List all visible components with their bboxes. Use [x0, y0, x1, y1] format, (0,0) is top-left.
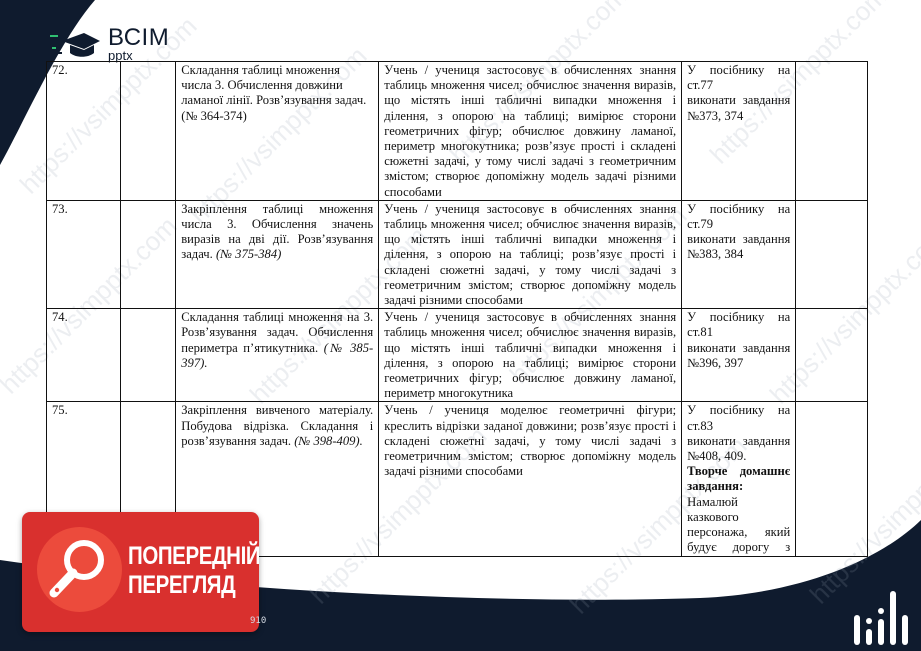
magnifier-circle [37, 527, 122, 612]
notes-cell [796, 402, 868, 556]
learning-outcomes: Учень / учениця застосовує в обчисленнях… [379, 200, 682, 308]
footer-page-code: 910 [250, 616, 266, 626]
homework-line: №408, 409. [687, 449, 790, 464]
learning-outcomes: Учень / учениця застосовує в обчисленнях… [379, 62, 682, 201]
homework-line: виконати завдання [687, 341, 790, 356]
homework-line: Намалюй [687, 495, 790, 510]
learning-outcomes: Учень / учениця моделює геометричні фігу… [379, 402, 682, 556]
lesson-topic: Складання таблиці множення числа 3. Обчи… [176, 62, 379, 201]
topic-ref: (№ 375-384) [216, 247, 281, 261]
table-row: 72. Складання таблиці множення числа 3. … [47, 62, 868, 201]
lesson-number: 74. [47, 309, 121, 402]
lesson-number: 72. [47, 62, 121, 201]
lesson-topic: Складання таблиці множення на 3. Розв’яз… [176, 309, 379, 402]
learning-outcomes: Учень / учениця застосовує в обчисленнях… [379, 309, 682, 402]
date-cell [120, 200, 176, 308]
homework-line: У посібнику на [687, 202, 790, 217]
homework-line: №396, 397 [687, 356, 790, 371]
table-row: 74. Складання таблиці множення на 3. Роз… [47, 309, 868, 402]
homework-line: У посібнику на [687, 403, 790, 418]
homework-line: У посібнику на [687, 310, 790, 325]
preview-badge[interactable]: ПОПЕРЕДНІЙ ПЕРЕГЛЯД [22, 512, 259, 632]
lesson-topic: Закріплення таблиці множення числа 3. Об… [176, 200, 379, 308]
homework-cell: У посібнику на ст.79 виконати завдання №… [682, 200, 796, 308]
homework-line: ст.77 [687, 78, 790, 93]
graduation-cap-icon [48, 31, 102, 57]
homework-cell: У посібнику на ст.83 виконати завдання №… [682, 402, 796, 556]
notes-cell [796, 62, 868, 201]
date-cell [120, 62, 176, 201]
homework-cell: У посібнику на ст.77 виконати завдання №… [682, 62, 796, 201]
preview-line-1: ПОПЕРЕДНІЙ [128, 542, 259, 571]
homework-cell: У посібнику на ст.81 виконати завдання №… [682, 309, 796, 402]
lesson-number: 73. [47, 200, 121, 308]
creative-homework-label: Творче домашнє завдання: [687, 464, 790, 494]
preview-label: ПОПЕРЕДНІЙ ПЕРЕГЛЯД [128, 542, 259, 600]
homework-line: виконати завдання [687, 434, 790, 449]
homework-line: ст.83 [687, 419, 790, 434]
homework-line: виконати завдання [687, 232, 790, 247]
notes-cell [796, 309, 868, 402]
brand-name: ВСІМ [108, 26, 169, 50]
homework-line: ст.81 [687, 325, 790, 340]
homework-line: виконати завдання [687, 93, 790, 108]
magnifier-icon [37, 527, 122, 612]
notes-cell [796, 200, 868, 308]
homework-line: персонажа, який [687, 525, 790, 540]
preview-line-2: ПЕРЕГЛЯД [128, 571, 259, 600]
homework-line: ст.79 [687, 217, 790, 232]
table-row: 73. Закріплення таблиці множення числа 3… [47, 200, 868, 308]
topic-ref: (№ 398-409). [294, 434, 363, 448]
date-cell [120, 309, 176, 402]
homework-line: будує дорогу з [687, 540, 790, 555]
lesson-plan-table: 72. Складання таблиці множення числа 3. … [46, 61, 868, 557]
homework-line: У посібнику на [687, 63, 790, 78]
homework-line: №373, 374 [687, 109, 790, 124]
homework-line: казкового [687, 510, 790, 525]
homework-line: №383, 384 [687, 247, 790, 262]
topic-ref: (№ 364-374) [181, 109, 247, 123]
brand-bars-icon [848, 585, 908, 645]
brand-logo: ВСІМ pptx [48, 26, 169, 62]
topic-text: Складання таблиці множення числа 3. Обчи… [181, 63, 366, 107]
